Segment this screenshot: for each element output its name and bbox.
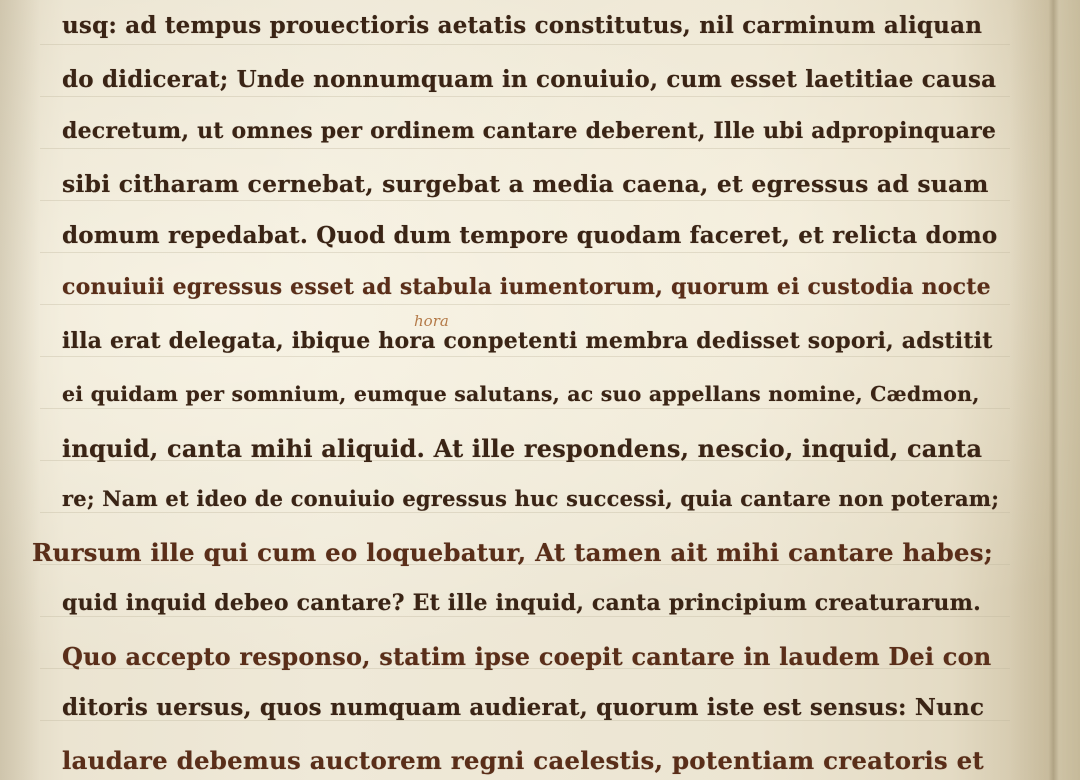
page-edge-shadow [0,0,40,780]
ruling-line [40,616,1010,617]
text-line-3: decretum, ut omnes per ordinem cantare d… [62,118,996,144]
text-line-2: do didicerat; Unde nonnumquam in conuiui… [62,66,996,93]
ruling-line [40,512,1010,513]
text-line-8: ei quidam per somnium, eumque salutans, … [62,382,980,406]
text-line-10: re; Nam et ideo de conuiuio egressus huc… [62,486,999,511]
ruling-line [40,408,1010,409]
ruling-line [40,304,1010,305]
text-line-12: quid inquid debeo cantare? Et ille inqui… [62,590,981,616]
text-line-15: laudare debemus auctorem regni caelestis… [62,746,984,775]
text-line-13: Quo accepto responso, statim ipse coepit… [62,642,991,671]
text-line-4: sibi citharam cernebat, surgebat a media… [62,170,989,198]
binding-gutter [1010,0,1080,780]
ruling-line [40,148,1010,149]
ruling-line [40,356,1010,357]
text-line-11: Rursum ille qui cum eo loquebatur, At ta… [32,538,993,567]
ruling-line [40,252,1010,253]
text-line-6: conuiuii egressus esset ad stabula iumen… [62,274,991,300]
ruling-line [40,200,1010,201]
manuscript-page: usq: ad tempus prouectioris aetatis cons… [0,0,1080,780]
text-line-9: inquid, canta mihi aliquid. At ille resp… [62,434,982,463]
ruling-line [40,44,1010,45]
text-line-5: domum repedabat. Quod dum tempore quodam… [62,222,997,249]
text-line-7: illa erat delegata, ibique hora conpeten… [62,328,993,354]
text-line-14: ditoris uersus, quos numquam audierat, q… [62,694,984,721]
text-line-1: usq: ad tempus prouectioris aetatis cons… [62,12,982,39]
ruling-line [40,96,1010,97]
